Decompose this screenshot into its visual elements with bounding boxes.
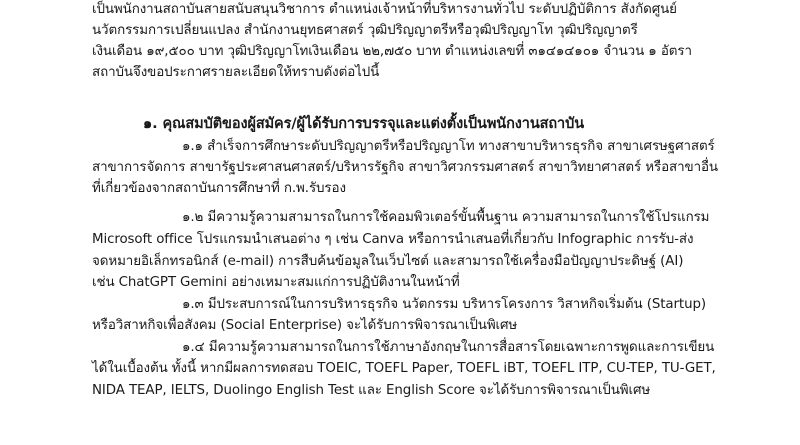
item-1-2-line-1: ๑.๒ มีความรู้ความสามารถในการใช้คอมพิวเตอ…	[182, 208, 709, 228]
item-1-4-line-1: ๑.๔ มีความรู้ความสามารถในการใช้ภาษาอังกฤ…	[182, 338, 714, 358]
intro-line-4: สถาบันจึงขอประกาศรายละเอียดให้ทราบดังต่อ…	[92, 63, 379, 83]
intro-line-3: เงินเดือน ๑๙,๕๐๐ บาท วุฒิปริญญาโทเงินเดื…	[92, 42, 692, 62]
intro-line-1: เป็นพนักงานสถาบันสายสนับสนุนวิชาการ ตำแห…	[92, 0, 677, 20]
document-page: เป็นพนักงานสถาบันสายสนับสนุนวิชาการ ตำแห…	[0, 0, 800, 445]
item-1-3-line-1: ๑.๓ มีประสบการณ์ในการบริหารธุรกิจ นวัตกร…	[182, 295, 706, 315]
intro-line-2: นวัตกรรมการเปลี่ยนแปลง สำนักงานยุทธศาสตร…	[92, 21, 638, 41]
item-1-1-line-2: สาขาการจัดการ สาขารัฐประศาสนศาสตร์/บริหา…	[92, 158, 718, 178]
item-1-2-line-4: เช่น ChatGPT Gemini อย่างเหมาะสมแก่การปฏ…	[92, 273, 460, 293]
item-1-2-line-2: Microsoft office โปรแกรมนำเสนอต่าง ๆ เช่…	[92, 230, 693, 250]
item-1-2-line-3: จดหมายอิเล็กทรอนิกส์ (e-mail) การสืบค้นข…	[92, 252, 683, 272]
item-1-4-line-3: NIDA TEAP, IELTS, Duolingo English Test …	[92, 381, 650, 401]
item-1-3-line-2: หรือวิสาหกิจเพื่อสังคม (Social Enterpris…	[92, 316, 517, 336]
item-1-1-line-1: ๑.๑ สำเร็จการศึกษาระดับปริญญาตรีหรือปริญ…	[182, 137, 715, 157]
item-1-4-line-2: ได้ในเบื้องต้น ทั้งนี้ หากมีผลการทดสอบ T…	[92, 359, 716, 379]
section-1-heading: ๑. คุณสมบัติของผู้สมัคร/ผู้ได้รับการบรรจ…	[143, 114, 584, 134]
item-1-1-line-3: ที่เกี่ยวข้องจากสถาบันการศึกษาที่ ก.พ.รั…	[92, 179, 346, 199]
